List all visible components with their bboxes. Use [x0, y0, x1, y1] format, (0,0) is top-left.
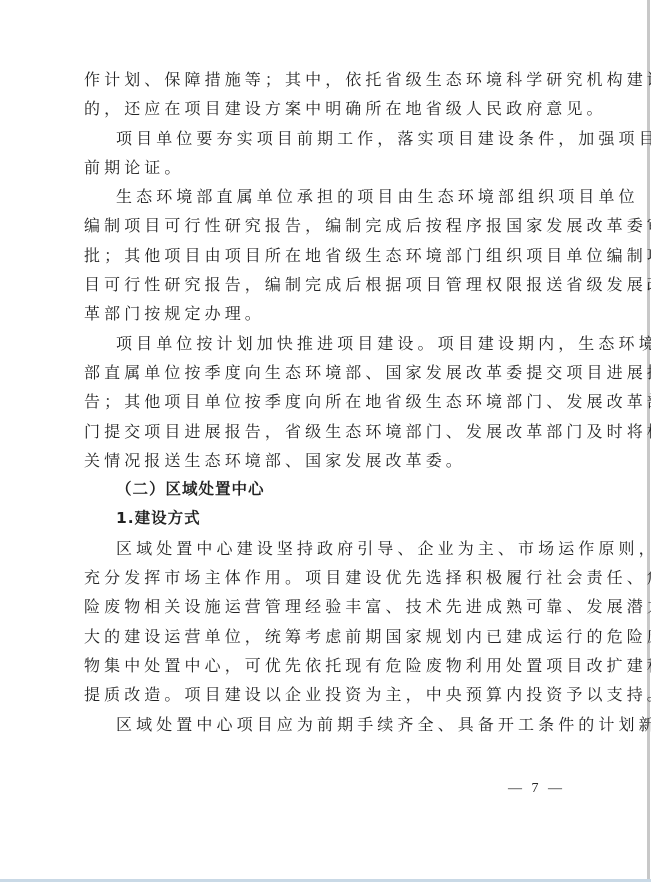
paragraph-line: 充分发挥市场主体作用。项目建设优先选择积极履行社会责任、危 [84, 563, 568, 592]
paragraph-line: 提质改造。项目建设以企业投资为主，中央预算内投资予以支持。 [84, 680, 568, 709]
paragraph-line: 项目单位按计划加快推进项目建设。项目建设期内，生态环境 [84, 329, 568, 358]
paragraph-line: 关情况报送生态环境部、国家发展改革委。 [84, 446, 568, 475]
paragraph-line: 险废物相关设施运营管理经验丰富、技术先进成熟可靠、发展潜力 [84, 592, 568, 621]
paragraph-line: 大的建设运营单位，统筹考虑前期国家规划内已建成运行的危险废 [84, 622, 568, 651]
paragraph-line: 前期论证。 [84, 153, 568, 182]
paragraph-line: 目可行性研究报告，编制完成后根据项目管理权限报送省级发展改 [84, 270, 568, 299]
paragraph-line: 生态环境部直属单位承担的项目由生态环境部组织项目单位 [84, 182, 568, 211]
paragraph-line: 项目单位要夯实项目前期工作，落实项目建设条件，加强项目 [84, 124, 568, 153]
page-content: 作计划、保障措施等；其中，依托省级生态环境科学研究机构建设 的，还应在项目建设方… [84, 65, 568, 739]
paragraph-line: 区域处置中心项目应为前期手续齐全、具备开工条件的计划新 [84, 710, 568, 739]
paragraph-line: 区域处置中心建设坚持政府引导、企业为主、市场运作原则， [84, 534, 568, 563]
section-heading: （二）区域处置中心 [84, 475, 568, 504]
paragraph-line: 批；其他项目由项目所在地省级生态环境部门组织项目单位编制项 [84, 241, 568, 270]
paragraph-line: 门提交项目进展报告，省级生态环境部门、发展改革部门及时将相 [84, 417, 568, 446]
paragraph-line: 告；其他项目单位按季度向所在地省级生态环境部门、发展改革部 [84, 387, 568, 416]
paragraph-line: 的，还应在项目建设方案中明确所在地省级人民政府意见。 [84, 94, 568, 123]
paragraph-line: 部直属单位按季度向生态环境部、国家发展改革委提交项目进展报 [84, 358, 568, 387]
paragraph-line: 物集中处置中心，可优先依托现有危险废物利用处置项目改扩建和 [84, 651, 568, 680]
document-page: 作计划、保障措施等；其中，依托省级生态环境科学研究机构建设 的，还应在项目建设方… [0, 0, 650, 879]
page-number: — 7 — [505, 781, 565, 797]
subsection-heading: 1.建设方式 [84, 504, 568, 533]
paragraph-line: 作计划、保障措施等；其中，依托省级生态环境科学研究机构建设 [84, 65, 568, 94]
paragraph-line: 编制项目可行性研究报告，编制完成后按程序报国家发展改革委审 [84, 211, 568, 240]
paragraph-line: 革部门按规定办理。 [84, 299, 568, 328]
